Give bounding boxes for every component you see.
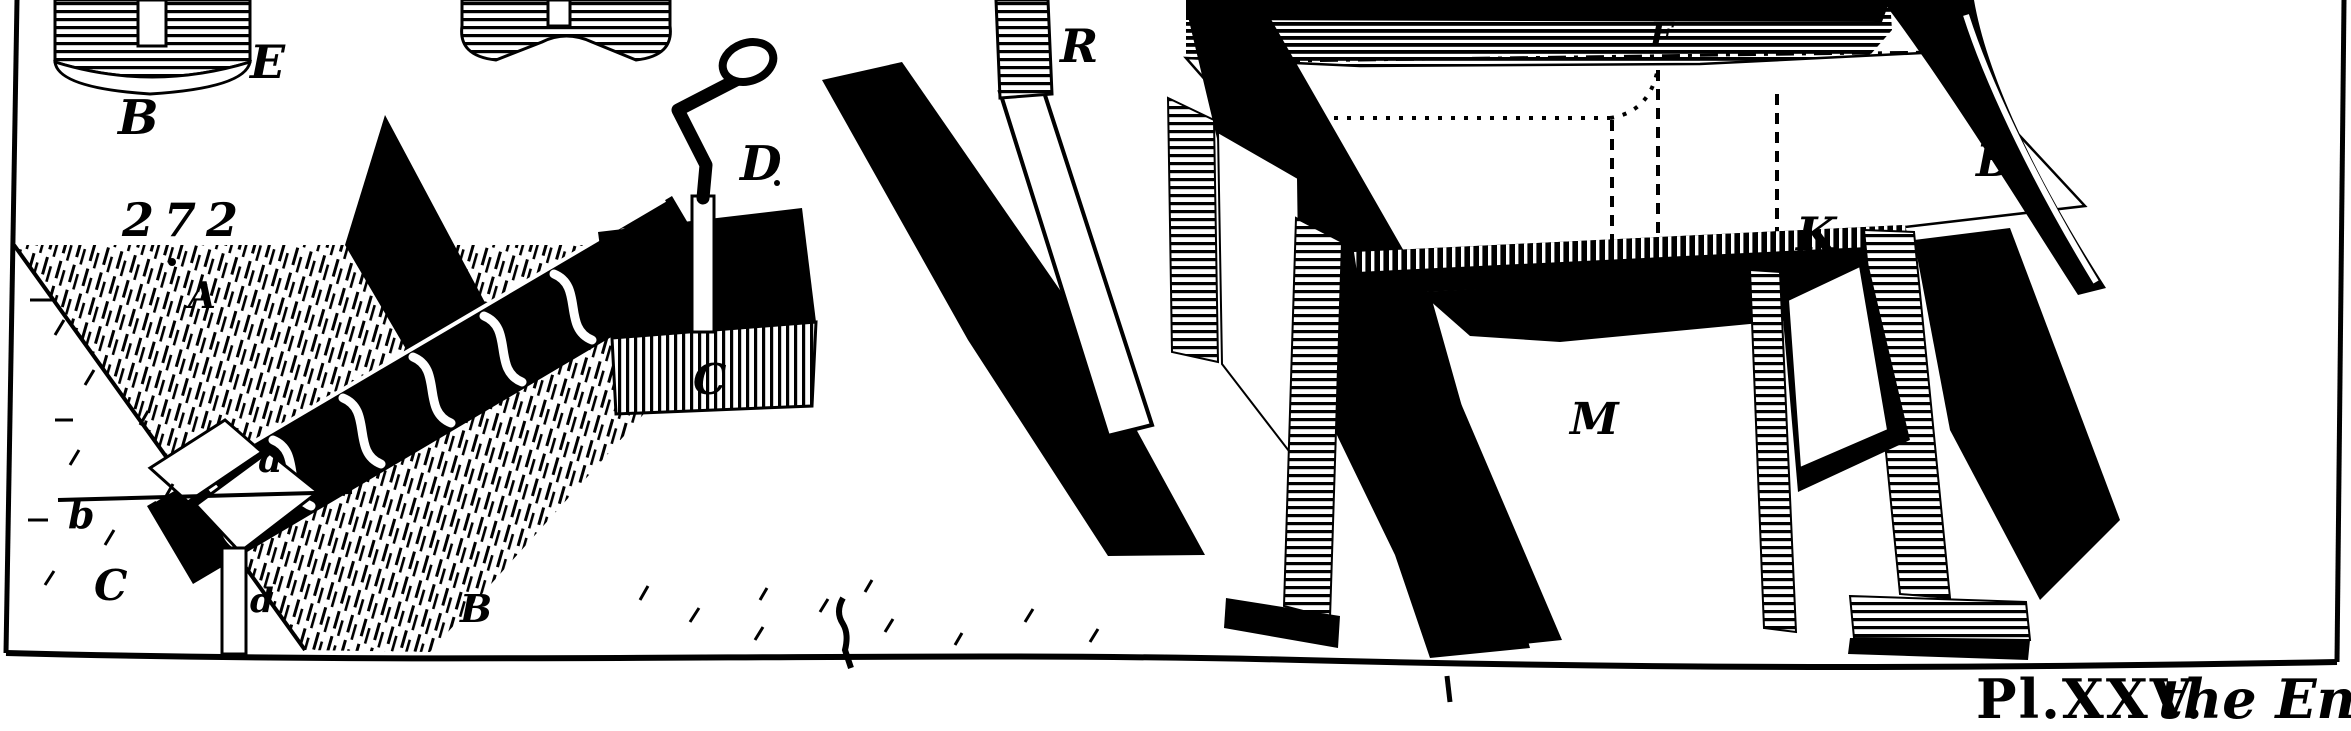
screw-foot-post bbox=[222, 548, 246, 654]
engraving-plate: 272 EBAabCdBDCRGFIKMB Pl.XXV. the End bbox=[0, 0, 2351, 731]
part-label-F-table-back: F bbox=[1649, 15, 1675, 53]
part-label-C-trench: C bbox=[94, 561, 128, 610]
slotted-block-figure bbox=[55, 0, 250, 94]
table-back-left-leg bbox=[1168, 98, 1218, 362]
part-label-B-slotted-block: B bbox=[116, 90, 159, 146]
part-label-b-axle: b bbox=[68, 492, 95, 537]
border-right bbox=[2337, 0, 2344, 662]
part-label-E-slotted-block: E bbox=[248, 35, 286, 89]
figure-number: 272 bbox=[121, 193, 248, 247]
border-tick-mark bbox=[1447, 676, 1450, 702]
standing-post-figure bbox=[822, 0, 1205, 556]
part-label-D-crank: D bbox=[738, 136, 782, 192]
caption-suffix: the End bbox=[2158, 667, 2351, 731]
part-label-d-paddle: d bbox=[250, 581, 274, 621]
table-right-foot bbox=[1850, 596, 2030, 640]
table-back-rail-shadow bbox=[1186, 0, 1890, 22]
border-left bbox=[6, 0, 17, 653]
bowtie-block-figure bbox=[462, 0, 671, 60]
part-label-G-table-back: G bbox=[1243, 11, 1269, 46]
part-label-K-table-edge: K bbox=[1794, 207, 1838, 261]
bowtie-block-slot bbox=[548, 0, 570, 26]
part-label-M-table-brace: M bbox=[1568, 394, 1620, 445]
part-label-B-right-bank: B bbox=[459, 586, 492, 631]
slotted-block-slot bbox=[138, 0, 166, 46]
ground-tufts bbox=[640, 580, 1098, 645]
post-top bbox=[996, 0, 1052, 98]
part-label-a-screw-flag: a bbox=[258, 436, 283, 481]
table-right-foot-shadow bbox=[1848, 638, 2030, 660]
figure-number-dot bbox=[168, 258, 176, 266]
crank-shaft bbox=[692, 196, 714, 332]
part-label-A-bank: A bbox=[185, 275, 216, 317]
part-label-C-crank-block: C bbox=[693, 355, 727, 404]
crank-knob bbox=[717, 35, 779, 88]
part-label-B-blade: B bbox=[1974, 136, 2013, 187]
part-label-R-post: R bbox=[1058, 19, 1098, 73]
part-label-I-table-edge: I bbox=[1342, 197, 1367, 251]
engraving-page: 272 EBAabCdBDCRGFIKMB Pl.XXV. the End bbox=[0, 0, 2351, 731]
caption: Pl.XXV. the End bbox=[1976, 667, 2351, 731]
crank-arm bbox=[678, 78, 740, 198]
